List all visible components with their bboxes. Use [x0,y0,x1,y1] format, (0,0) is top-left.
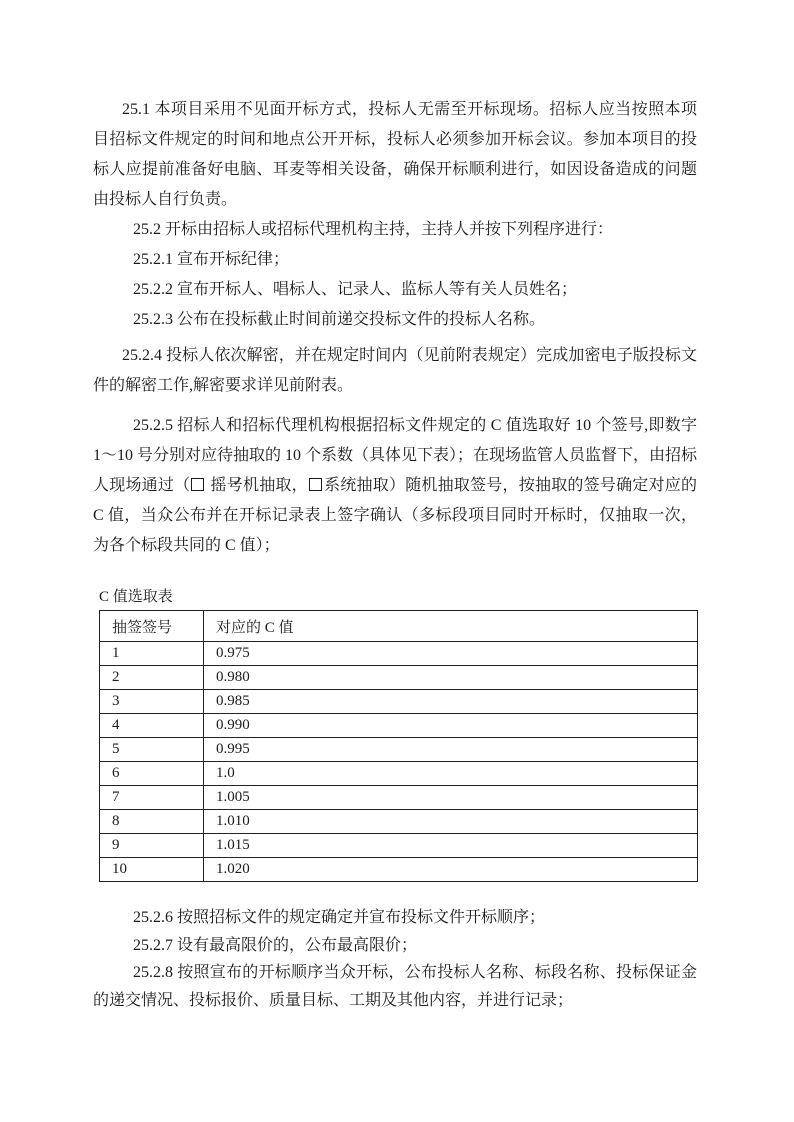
cell-lot-number: 4 [100,714,204,738]
cell-lot-number: 8 [100,810,204,834]
cell-lot-number: 1 [100,642,204,666]
cell-c-value: 0.995 [204,738,698,762]
paragraph-25-2-2: 25.2.2 宣布开标人、唱标人、记录人、监标人等有关人员姓名； [93,275,697,305]
column-header-lot-number: 抽签签号 [100,611,204,642]
table-header-row: 抽签签号 对应的 C 值 [100,611,698,642]
check-mark-icon: ✓ [192,476,202,489]
document-page: 25.1 本项目采用不见面开标方式，投标人无需至开标现场。招标人应当按照本项目招… [0,0,794,1122]
paragraph-25-2-4: 25.2.4 投标人依次解密，并在规定时间内（见前附表规定）完成加密电子版投标文… [93,341,697,401]
paragraph-25-2-6: 25.2.6 按照招标文件的规定确定并宣布投标文件开标顺序； [93,904,697,932]
cell-c-value: 0.990 [204,714,698,738]
cell-c-value: 1.005 [204,786,698,810]
cell-c-value: 1.020 [204,858,698,882]
paragraph-25-2-5: 25.2.5 招标人和招标代理机构根据招标文件规定的 C 值选取好 10 个签号… [93,411,697,561]
cell-lot-number: 9 [100,834,204,858]
paragraph-25-2-1: 25.2.1 宣布开标纪律； [93,245,697,275]
cell-c-value: 0.980 [204,666,698,690]
column-header-c-value: 对应的 C 值 [204,611,698,642]
checked-checkbox-icon: ✓ [191,478,204,491]
paragraph-25-2-8: 25.2.8 按照宣布的开标顺序当众开标，公布投标人名称、标段名称、投标保证金的… [93,959,697,1014]
table-row: 7 1.005 [100,786,698,810]
cell-lot-number: 10 [100,858,204,882]
table-row: 3 0.985 [100,690,698,714]
table-caption: C 值选取表 [99,588,697,606]
cell-c-value: 0.975 [204,642,698,666]
table-row: 10 1.020 [100,858,698,882]
paragraph-25-2-3: 25.2.3 公布在投标截止时间前递交投标文件的投标人名称。 [93,305,697,335]
cell-lot-number: 7 [100,786,204,810]
cell-c-value: 1.010 [204,810,698,834]
cell-lot-number: 2 [100,666,204,690]
cell-c-value: 1.0 [204,762,698,786]
paragraph-25-2-5-text-2: 摇号机抽取， [206,477,308,494]
cell-c-value: 0.985 [204,690,698,714]
cell-lot-number: 5 [100,738,204,762]
paragraph-25-2: 25.2 开标由招标人或招标代理机构主持，主持人并按下列程序进行： [93,215,697,245]
table-row: 1 0.975 [100,642,698,666]
unchecked-checkbox-icon [309,478,322,491]
table-row: 4 0.990 [100,714,698,738]
table-row: 2 0.980 [100,666,698,690]
cell-lot-number: 3 [100,690,204,714]
cell-c-value: 1.015 [204,834,698,858]
table-row: 8 1.010 [100,810,698,834]
paragraph-25-1: 25.1 本项目采用不见面开标方式，投标人无需至开标现场。招标人应当按照本项目招… [93,95,697,215]
table-row: 9 1.015 [100,834,698,858]
table-row: 5 0.995 [100,738,698,762]
paragraph-25-2-7: 25.2.7 设有最高限价的，公布最高限价； [93,932,697,960]
table-row: 6 1.0 [100,762,698,786]
section-25-2-6-to-8: 25.2.6 按照招标文件的规定确定并宣布投标文件开标顺序； 25.2.7 设有… [93,904,697,1014]
cell-lot-number: 6 [100,762,204,786]
c-value-selection-table: 抽签签号 对应的 C 值 1 0.975 2 0.980 3 0.985 4 0… [99,610,698,882]
